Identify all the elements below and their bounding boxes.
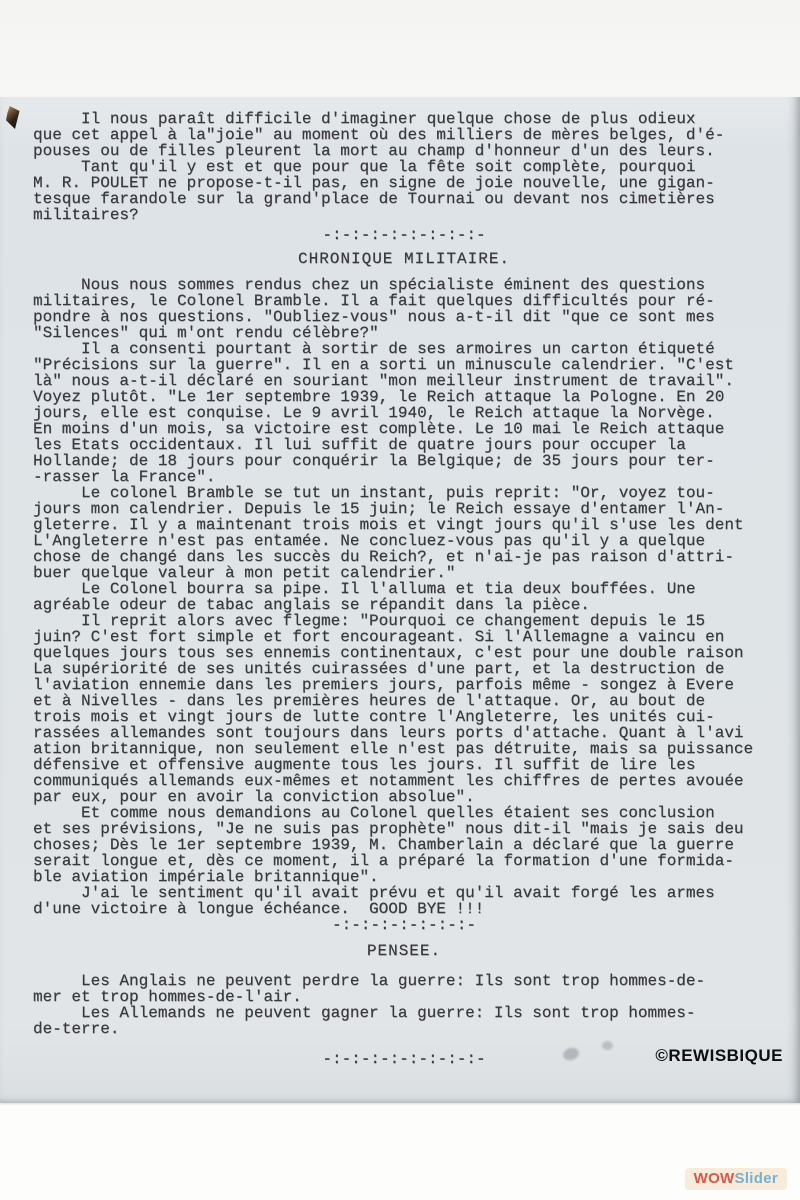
section-separator: -:-:-:-:-:-:-:-:-: [33, 227, 775, 243]
section-separator: -:-:-:-:-:-:-:-: [33, 917, 775, 933]
chronique-paragraph-5: Il reprit alors avec flegme: "Pourquoi c…: [33, 613, 775, 805]
wowslider-badge-wow-text: WOW: [694, 1170, 735, 1187]
chronique-paragraph-1: Nous nous sommes rendus chez un spéciali…: [33, 277, 775, 341]
document-text: Il nous paraît difficile d'imaginer quel…: [33, 111, 775, 1073]
chronique-paragraph-4: Le Colonel bourra sa pipe. Il l'alluma e…: [33, 581, 775, 613]
intro-paragraph: Il nous paraît difficile d'imaginer quel…: [33, 111, 775, 223]
chronique-paragraph-2: Il a consenti pourtant à sortir de ses a…: [33, 341, 775, 485]
wowslider-badge-slider-text: Slider: [735, 1170, 778, 1187]
chronique-militaire-heading: CHRONIQUE MILITAIRE.: [33, 251, 775, 267]
pensee-paragraph-1: Les Anglais ne peuvent perdre la guerre:…: [33, 973, 775, 1005]
scanned-document-page: Il nous paraît difficile d'imaginer quel…: [0, 97, 800, 1103]
copyright-watermark: ©REWISBIQUE: [655, 1048, 783, 1064]
chronique-paragraph-3: Le colonel Bramble se tut un instant, pu…: [33, 485, 775, 581]
chronique-paragraph-6: Et comme nous demandions au Colonel quel…: [33, 805, 775, 885]
pensee-heading: PENSEE.: [33, 943, 775, 959]
chronique-paragraph-7: J'ai le sentiment qu'il avait prévu et q…: [33, 885, 775, 917]
footer-row: -:-:-:-:-:-:-:-:- ©REWISBIQUE: [33, 1051, 775, 1073]
pensee-paragraph-2: Les Allemands ne peuvent gagner la guerr…: [33, 1005, 775, 1037]
wowslider-badge[interactable]: WOWSlider: [685, 1168, 787, 1190]
torn-paper-mark: [6, 106, 21, 129]
